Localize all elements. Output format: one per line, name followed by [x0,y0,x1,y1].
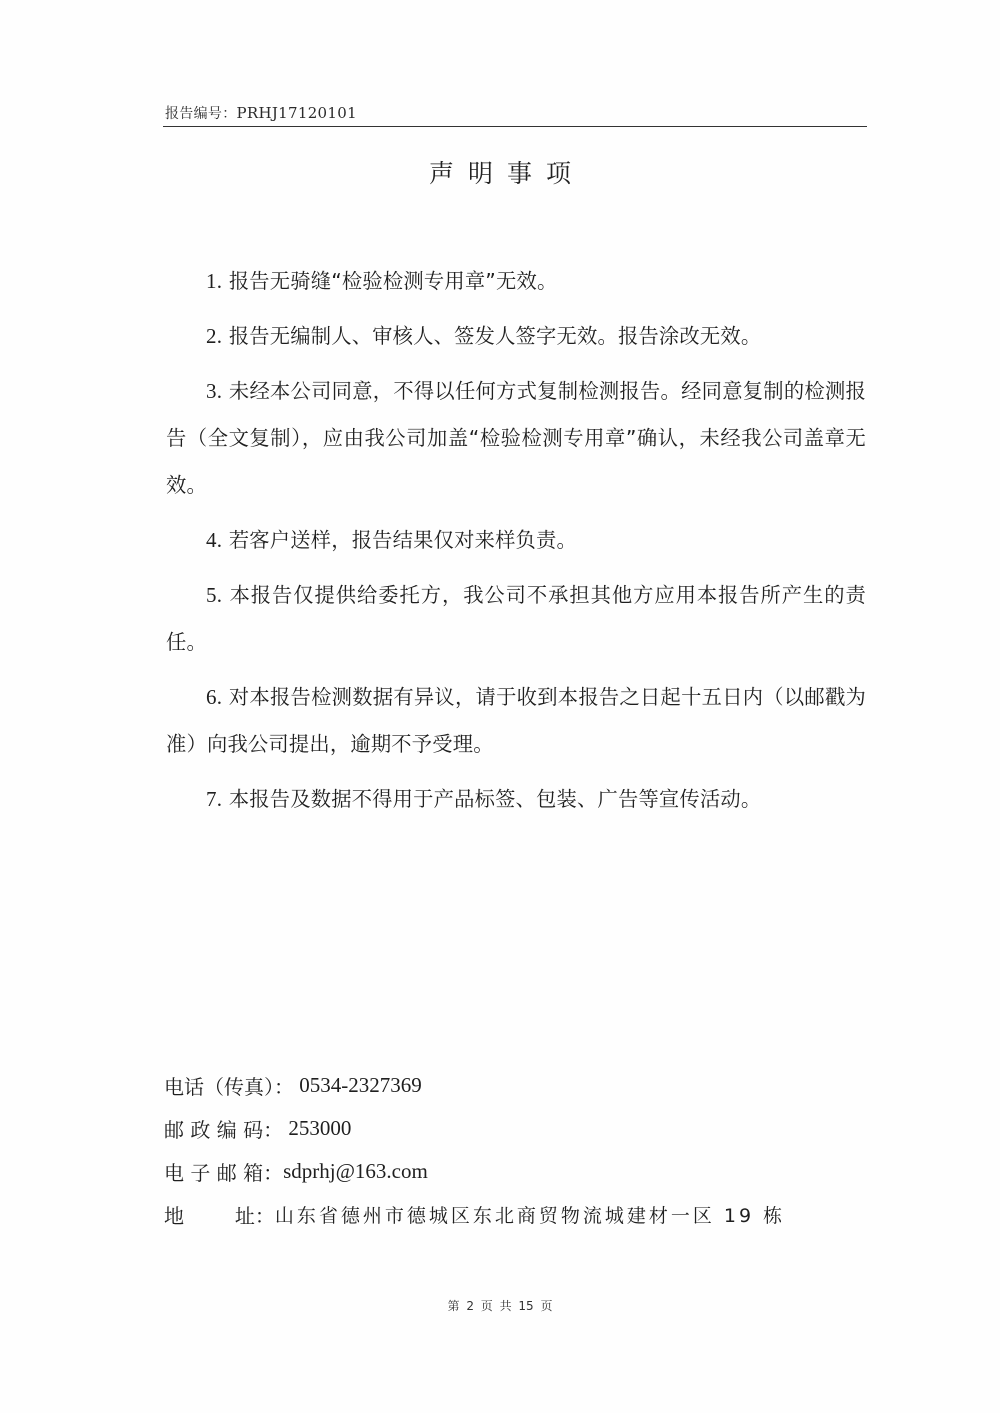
item-text: 对本报告检测数据有异议，请于收到本报告之日起十五日内（以邮戳为准）向我公司提出，… [166,685,866,756]
phone-value: 0534-2327369 [294,1073,422,1098]
phone-label: 电话（传真）： [164,1071,294,1100]
declaration-item-5: 5. 本报告仅提供给委托方，我公司不承担其他方应用本报告所产生的责任。 [166,572,866,666]
declaration-list: 1. 报告无骑缝“检验检测专用章”无效。 2. 报告无编制人、审核人、签发人签字… [166,258,866,831]
report-number-value: PRHJ17120101 [237,104,357,122]
page-title: 声明事项 [0,154,1000,190]
declaration-item-4: 4. 若客户送样，报告结果仅对来样负责。 [166,517,866,564]
contact-email: 电 子 邮 箱： sdprhj@163.com [164,1150,864,1193]
item-number: 1. [206,269,222,293]
item-number: 3. [206,379,222,403]
page-number: 第 2 页 共 15 页 [0,1297,1000,1314]
item-text: 本报告及数据不得用于产品标签、包装、广告等宣传活动。 [229,787,762,811]
declaration-item-7: 7. 本报告及数据不得用于产品标签、包装、广告等宣传活动。 [166,776,866,823]
declaration-item-6: 6. 对本报告检测数据有异议，请于收到本报告之日起十五日内（以邮戳为准）向我公司… [166,674,866,768]
address-value: 山东省德州市德城区东北商贸物流城建材一区 19 栋 [275,1201,785,1228]
address-label: 地 址： [164,1200,275,1229]
declaration-item-2: 2. 报告无编制人、审核人、签发人签字无效。报告涂改无效。 [166,313,866,360]
item-number: 4. [206,528,222,552]
item-number: 6. [206,685,222,709]
item-number: 7. [206,787,222,811]
declaration-item-3: 3. 未经本公司同意，不得以任何方式复制检测报告。经同意复制的检测报告（全文复制… [166,368,866,509]
contact-address: 地 址： 山东省德州市德城区东北商贸物流城建材一区 19 栋 [164,1193,864,1236]
email-value: sdprhj@163.com [283,1159,428,1184]
item-number: 2. [206,324,222,348]
contact-postcode: 邮 政 编 码： 253000 [164,1107,864,1150]
postcode-label: 邮 政 编 码： [164,1114,283,1143]
item-number: 5. [206,583,222,607]
report-number-label: 报告编号： [165,106,237,122]
document-page: 报告编号：PRHJ17120101 声明事项 1. 报告无骑缝“检验检测专用章”… [0,0,1000,1413]
item-text: 本报告仅提供给委托方，我公司不承担其他方应用本报告所产生的责任。 [166,583,866,654]
contact-phone: 电话（传真）： 0534-2327369 [164,1064,864,1107]
report-number: 报告编号：PRHJ17120101 [165,103,357,123]
postcode-value: 253000 [283,1116,351,1141]
report-header: 报告编号：PRHJ17120101 [163,102,867,127]
item-text: 若客户送样，报告结果仅对来样负责。 [229,528,577,552]
declaration-item-1: 1. 报告无骑缝“检验检测专用章”无效。 [166,258,866,305]
item-text: 报告无编制人、审核人、签发人签字无效。报告涂改无效。 [229,324,762,348]
item-text: 报告无骑缝“检验检测专用章”无效。 [229,269,558,293]
email-label: 电 子 邮 箱： [164,1157,283,1186]
item-text: 未经本公司同意，不得以任何方式复制检测报告。经同意复制的检测报告（全文复制），应… [166,379,866,497]
contact-info: 电话（传真）： 0534-2327369 邮 政 编 码： 253000 电 子… [164,1064,864,1236]
